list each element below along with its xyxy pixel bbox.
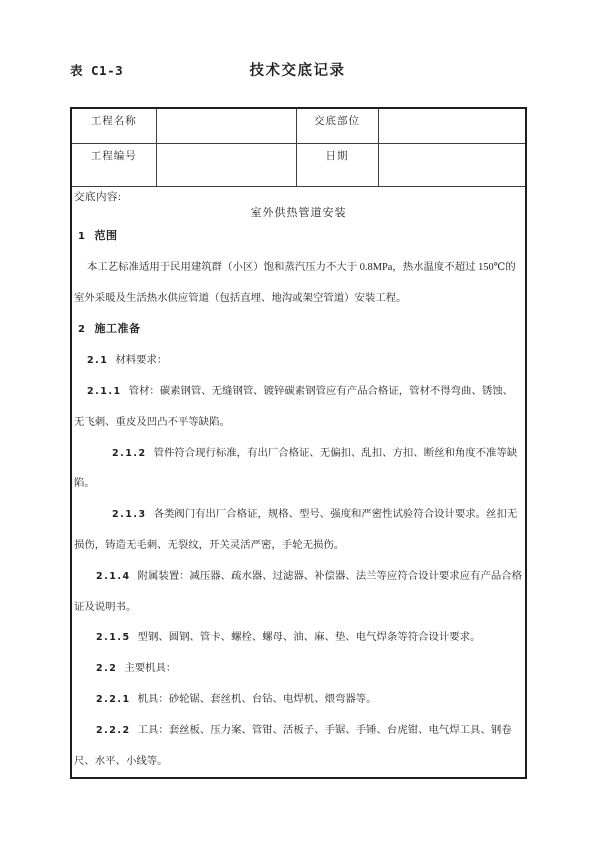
item-text: 附属装置：减压器、疏水器、过滤器、补偿器、法兰等应符合设计要求应有产品合格证及说… — [74, 571, 522, 613]
para-2-1-3-valves: 2.1.3各类阀门有出厂合格证，规格、型号、强度和严密性试验符合设计要求。丝扣无… — [74, 500, 523, 562]
item-number: 2.1 — [87, 355, 108, 366]
page-title: 技术交底记录 — [70, 59, 525, 80]
field-value-date — [378, 144, 526, 187]
item-text: 材料要求： — [115, 355, 167, 366]
item-number: 2.1.3 — [112, 509, 147, 520]
para-scope-body: 本工艺标准适用于民用建筑群（小区）饱和蒸汽压力不大于 0.8MPa，热水温度不超… — [74, 253, 523, 315]
para-2-1-2-fittings: 2.1.2管件符合现行标准，有出厂合格证、无偏扣、乱扣、方扣、断丝和角度不准等缺… — [74, 439, 523, 501]
item-text: 工具：套丝板、压力案、管钳、活板子、手锯、手锤、台虎钳、电气焊工具、钢卷尺、水平… — [74, 725, 512, 767]
para-2-1-5-hardware: 2.1.5型钢、圆钢、管卡、螺栓、螺母、油、麻、垫、电气焊条等符合设计要求。 — [74, 623, 523, 654]
record-form-table: 工程名称 交底部位 工程编号 日期 交底内容: 室外供热管道安装 1范围 — [70, 107, 527, 779]
item-number: 2.1.1 — [87, 386, 122, 397]
item-text: 机具：砂轮锯、套丝机、台钻、电焊机、煨弯器等。 — [138, 694, 377, 705]
item-number: 2.1.2 — [112, 448, 147, 459]
field-label-project-name: 工程名称 — [71, 108, 156, 144]
disclosure-content: 交底内容: 室外供热管道安装 1范围 本工艺标准适用于民用建筑群（小区）饱和蒸汽… — [74, 190, 523, 777]
item-number: 2 — [78, 324, 86, 335]
disclosure-content-cell: 交底内容: 室外供热管道安装 1范围 本工艺标准适用于民用建筑群（小区）饱和蒸汽… — [71, 187, 526, 779]
item-text: 本工艺标准适用于民用建筑群（小区）饱和蒸汽压力不大于 0.8MPa，热水温度不超… — [74, 262, 516, 304]
para-2-2-2-tools: 2.2.2工具：套丝板、压力案、管钳、活板子、手锯、手锤、台虎钳、电气焊工具、钢… — [74, 716, 523, 778]
item-number: 2.2 — [96, 663, 117, 674]
document-page: 表 C1-3 技术交底记录 工程名称 交底部位 工程编号 日期 — [0, 0, 595, 842]
item-number: 2.2.2 — [96, 725, 131, 736]
content-subtitle: 室外供热管道安装 — [74, 205, 523, 221]
para-2-1-1-pipes: 2.1.1管材：碳素钢管、无缝钢管、镀锌碳素钢管应有产品合格证，管材不得弯曲、锈… — [74, 377, 523, 439]
para-2-2-1-machines: 2.2.1机具：砂轮锯、套丝机、台钻、电焊机、煨弯器等。 — [74, 685, 523, 716]
item-number: 1 — [78, 231, 86, 242]
item-number: 2.1.5 — [96, 632, 131, 643]
para-material-requirements: 2.1材料要求： — [74, 346, 523, 377]
field-label-date: 日期 — [296, 144, 378, 187]
field-value-project-name — [156, 108, 296, 144]
para-2-1-4-accessories: 2.1.4附属装置：减压器、疏水器、过滤器、补偿器、法兰等应符合设计要求应有产品… — [74, 562, 523, 624]
item-number: 2.2.1 — [96, 694, 131, 705]
content-label: 交底内容: — [74, 190, 523, 205]
field-label-disclosure-part: 交底部位 — [296, 108, 378, 144]
section-heading-preparation: 2施工准备 — [74, 314, 523, 346]
form-row-content: 交底内容: 室外供热管道安装 1范围 本工艺标准适用于民用建筑群（小区）饱和蒸汽… — [71, 187, 526, 779]
para-2-2-main-equipment: 2.2主要机具： — [74, 654, 523, 685]
form-code: 表 C1-3 — [70, 61, 123, 79]
item-text: 主要机具： — [124, 663, 176, 674]
form-row-2: 工程编号 日期 — [71, 144, 526, 187]
item-number: 2.1.4 — [96, 571, 131, 582]
field-value-project-number — [156, 144, 296, 187]
item-text: 范围 — [94, 230, 117, 242]
field-label-project-number: 工程编号 — [71, 144, 156, 187]
form-row-1: 工程名称 交底部位 — [71, 108, 526, 144]
section-heading-scope: 1范围 — [74, 221, 523, 253]
item-text: 管材：碳素钢管、无缝钢管、镀锌碳素钢管应有产品合格证，管材不得弯曲、锈蚀、无飞刺… — [74, 386, 513, 428]
field-value-disclosure-part — [378, 108, 526, 144]
item-text: 施工准备 — [94, 323, 140, 335]
item-text: 型钢、圆钢、管卡、螺栓、螺母、油、麻、垫、电气焊条等符合设计要求。 — [138, 632, 481, 643]
document-header: 表 C1-3 技术交底记录 — [70, 59, 525, 79]
